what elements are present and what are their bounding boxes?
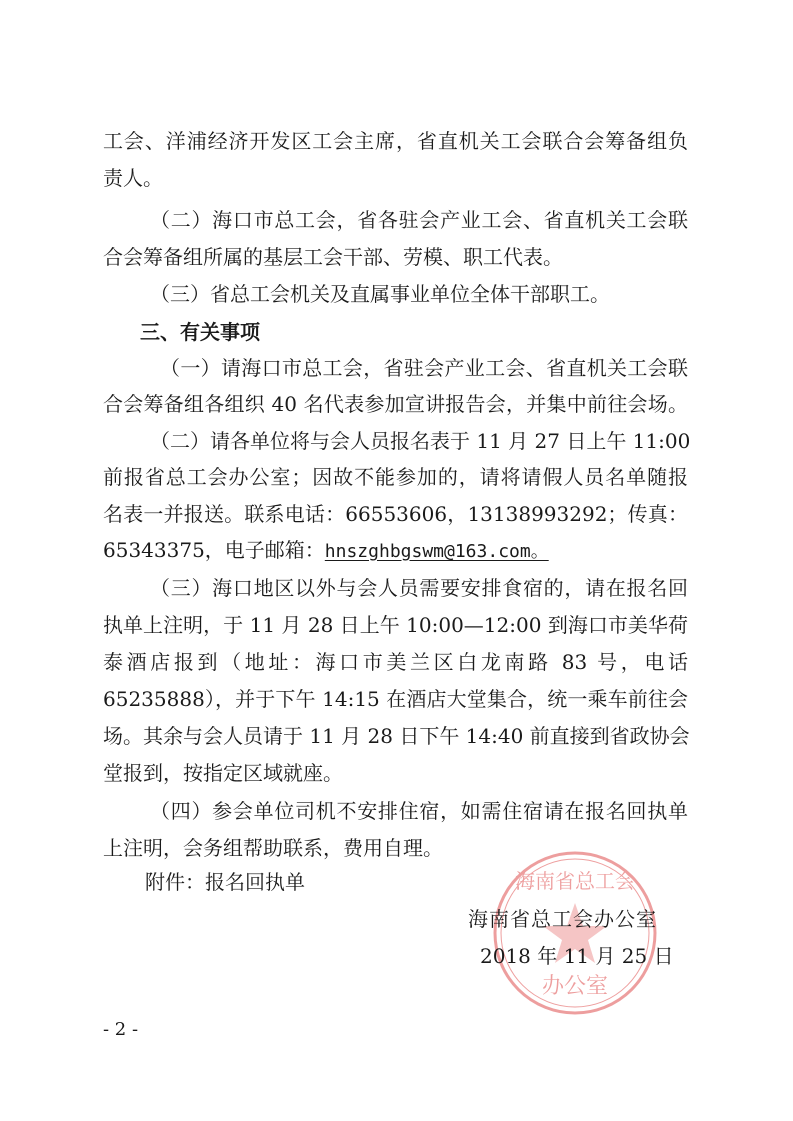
official-seal-icon: 海南省总工会 办公室 [490,848,660,1018]
document-page: 工会、洋浦经济开发区工会主席，省直机关工会联合会筹备组负 责人。 （二）海口市总… [0,0,793,1121]
text-line: （三）省总工会机关及直属事业单位全体干部职工。 [150,280,688,308]
section-heading: 三、有关事项 [140,318,260,346]
text-line: 执单上注明，于 11 月 28 日上午 10:00—12:00 到海口市美华荷 [103,611,688,639]
text-line: 合会筹备组各组织 40 名代表参加宣讲报告会，并集中前往会场。 [103,390,688,418]
text-line: （二）海口市总工会，省各驻会产业工会、省直机关工会联 [150,206,688,234]
text-line: 责人。 [103,164,688,192]
svg-text:办公室: 办公室 [542,974,608,999]
text-line: 65343375，电子邮箱：hnszghbgswm@163.com。 [103,536,549,566]
text-line: 堂报到，按指定区域就座。 [103,759,688,787]
text-line: （一）请海口市总工会，省驻会产业工会、省直机关工会联 [160,354,688,382]
page-number: - 2 - [103,1018,138,1042]
contact-text: 65343375，电子邮箱： [103,538,325,562]
text-line: （二）请各单位将与会人员报名表于 11 月 27 日上午 11:00 [150,427,688,455]
signature-date: 2018 年 11 月 25 日 [480,942,674,970]
signature-organization: 海南省总工会办公室 [468,905,657,933]
email-link[interactable]: hnszghbgswm@163.com。 [325,541,549,562]
text-line: 前报省总工会办公室；因故不能参加的，请将请假人员名单随报 [103,463,688,491]
text-line: 工会、洋浦经济开发区工会主席，省直机关工会联合会筹备组负 [103,127,688,155]
text-line: 泰酒店报到（地址：海口市美兰区白龙南路 83 号，电话 [103,648,688,676]
text-line: （三）海口地区以外与会人员需要安排食宿的，请在报名回 [150,574,688,602]
text-line: （四）参会单位司机不安排住宿，如需住宿请在报名回执单 [150,797,688,825]
text-line: 合会筹备组所属的基层工会干部、劳模、职工代表。 [103,243,688,271]
text-line: 场。其余与会人员请于 11 月 28 日下午 14:40 前直接到省政协会 [103,722,688,750]
text-line: 名表一并报送。联系电话：66553606，13138993292；传真： [103,500,688,528]
attachment-label: 附件：报名回执单 [145,868,305,896]
text-line: 上注明，会务组帮助联系，费用自理。 [103,834,688,862]
text-line: 65235888），并于下午 14:15 在酒店大堂集合，统一乘车前往会 [103,685,688,713]
svg-text:海南省总工会: 海南省总工会 [515,869,635,893]
